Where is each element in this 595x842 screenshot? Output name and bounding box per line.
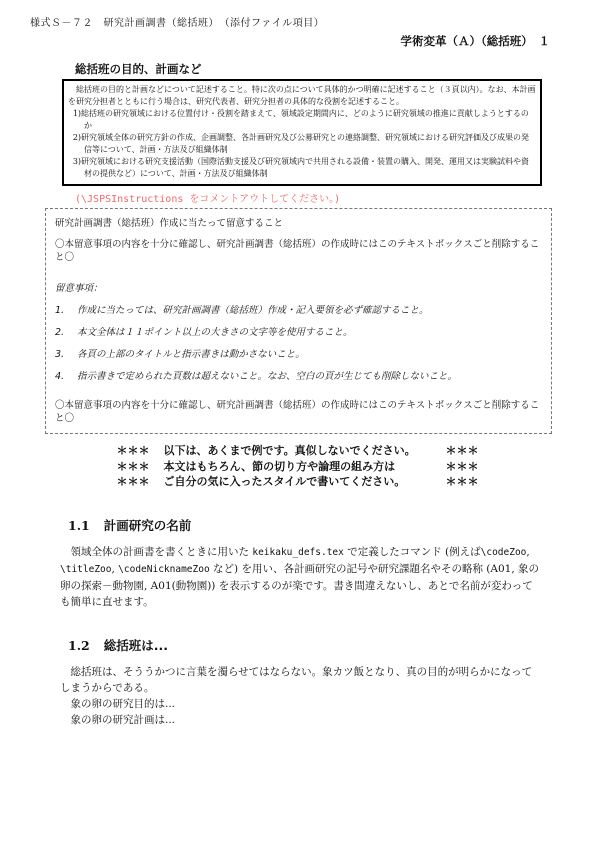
note-item-text: 指示書きで定められた頁数は超えないこと。なお、空白の頁が生じても削除しないこと。 xyxy=(77,370,542,383)
note-item-text: 各頁の上部のタイトルと指示書きは動かさないこと。 xyxy=(77,348,542,361)
instruction-box: 総括班の目的と計画などについて記述すること。特に次の点について具体的かつ明確に記… xyxy=(62,79,542,186)
instruction-item: 2)研究領域全体の研究方針の作成、企画調整、各計画研究及び公募研究との連絡調整、… xyxy=(68,132,536,156)
example-banner: ＊＊＊ 以下は、あくまで例です。真似しないでください。 ＊＊＊ ＊＊＊ 本文はも… xyxy=(0,443,595,490)
banner-text: ご自分の気に入ったスタイルで書いてください。 xyxy=(164,474,432,490)
note-item-number: 2. xyxy=(55,326,77,339)
notes-warning-bottom: 〇本留意事項の内容を十分に確認し、研究計画調書（総括班）の作成時にはこのテキスト… xyxy=(55,399,542,425)
banner-star: ＊＊＊ xyxy=(117,474,150,490)
section-name: 総括班は... xyxy=(104,638,168,653)
instruction-intro: 総括班の目的と計画などについて記述すること。特に次の点について具体的かつ明確に記… xyxy=(68,84,536,108)
section-title: 総括班の目的、計画など xyxy=(75,61,595,77)
code-run: keikaku_defs.tex xyxy=(252,547,344,558)
banner-star: ＊＊＊ xyxy=(446,459,479,475)
notes-box: 研究計画調書（総括班）作成に当たって留意すること 〇本留意事項の内容を十分に確認… xyxy=(45,208,552,434)
code-run: \titleZoo xyxy=(60,564,111,575)
banner-star: ＊＊＊ xyxy=(117,459,150,475)
document-page: 様式Ｓ－７２ 研究計画調書（総括班） （添付ファイル項目） 学術変革（Ａ）（総括… xyxy=(0,0,595,842)
body-text-run: 領域全体の計画書を書くときに用いた xyxy=(71,546,253,558)
note-item: 3. 各頁の上部のタイトルと指示書きは動かさないこと。 xyxy=(55,348,542,361)
page-header-right: 学術変革（Ａ）（総括班） １ xyxy=(0,33,550,49)
banner-line: ＊＊＊ 以下は、あくまで例です。真似しないでください。 ＊＊＊ xyxy=(0,443,595,459)
notes-label: 留意事項： xyxy=(55,282,542,295)
notes-warning-top: 〇本留意事項の内容を十分に確認し、研究計画調書（総括班）の作成時にはこのテキスト… xyxy=(55,238,542,264)
note-item-number: 4. xyxy=(55,370,77,383)
banner-line: ＊＊＊ ご自分の気に入ったスタイルで書いてください。 ＊＊＊ xyxy=(0,474,595,490)
section-heading-1-1: 1.1計画研究の名前 xyxy=(68,515,595,534)
banner-star: ＊＊＊ xyxy=(446,443,479,459)
code-run: \codeZoo xyxy=(481,547,527,558)
banner-line: ＊＊＊ 本文はもちろん、節の切り方や論理の組み方は ＊＊＊ xyxy=(0,459,595,475)
banner-text: 以下は、あくまで例です。真似しないでください。 xyxy=(164,443,432,459)
note-item-number: 3. xyxy=(55,348,77,361)
form-code-header: 様式Ｓ－７２ 研究計画調書（総括班） （添付ファイル項目） xyxy=(0,0,595,29)
jsps-comment-note: (\JSPSInstructions をコメントアウトしてください。) xyxy=(75,190,595,205)
section-body-paragraph: 象の卵の研究計画は... xyxy=(60,712,540,728)
section-body-paragraph: 総括班は、そううかつに言葉を濁らせてはならない。象カツ飯となり、真の目的が明らか… xyxy=(60,664,540,696)
section-body-1-1: 領域全体の計画書を書くときに用いた keikaku_defs.tex で定義した… xyxy=(60,544,540,610)
section-body-paragraph: 象の卵の研究目的は... xyxy=(60,696,540,712)
note-item: 4. 指示書きで定められた頁数は超えないこと。なお、空白の頁が生じても削除しない… xyxy=(55,370,542,383)
body-text-run: , xyxy=(526,546,529,558)
code-run: \codeNicknameZoo xyxy=(118,564,210,575)
instruction-item: 1)総括班の研究領域における位置付け・役割を踏まえて、領域設定期間内に、どのよう… xyxy=(68,108,536,132)
section-heading-1-2: 1.2総括班は... xyxy=(68,635,595,654)
note-item-text: 作成に当たっては、研究計画調書（総括班）作成・記入要領を必ず確認すること。 xyxy=(77,304,542,317)
note-item-text: 本文全体は１１ポイント以上の大きさの文字等を使用すること。 xyxy=(77,326,542,339)
body-text-run: で定義したコマンド (例えば xyxy=(344,546,481,558)
section-name: 計画研究の名前 xyxy=(104,518,192,533)
banner-star: ＊＊＊ xyxy=(117,443,150,459)
notes-box-title: 研究計画調書（総括班）作成に当たって留意すること xyxy=(55,217,542,230)
note-item-number: 1. xyxy=(55,304,77,317)
section-number: 1.2 xyxy=(68,638,90,653)
note-item: 1. 作成に当たっては、研究計画調書（総括班）作成・記入要領を必ず確認すること。 xyxy=(55,304,542,317)
banner-text: 本文はもちろん、節の切り方や論理の組み方は xyxy=(164,459,432,475)
note-item: 2. 本文全体は１１ポイント以上の大きさの文字等を使用すること。 xyxy=(55,326,542,339)
section-number: 1.1 xyxy=(68,518,90,533)
instruction-item: 3)研究領域における研究支援活動（国際活動支援及び研究領域内で共用される設備・装… xyxy=(68,156,536,180)
banner-star: ＊＊＊ xyxy=(446,474,479,490)
